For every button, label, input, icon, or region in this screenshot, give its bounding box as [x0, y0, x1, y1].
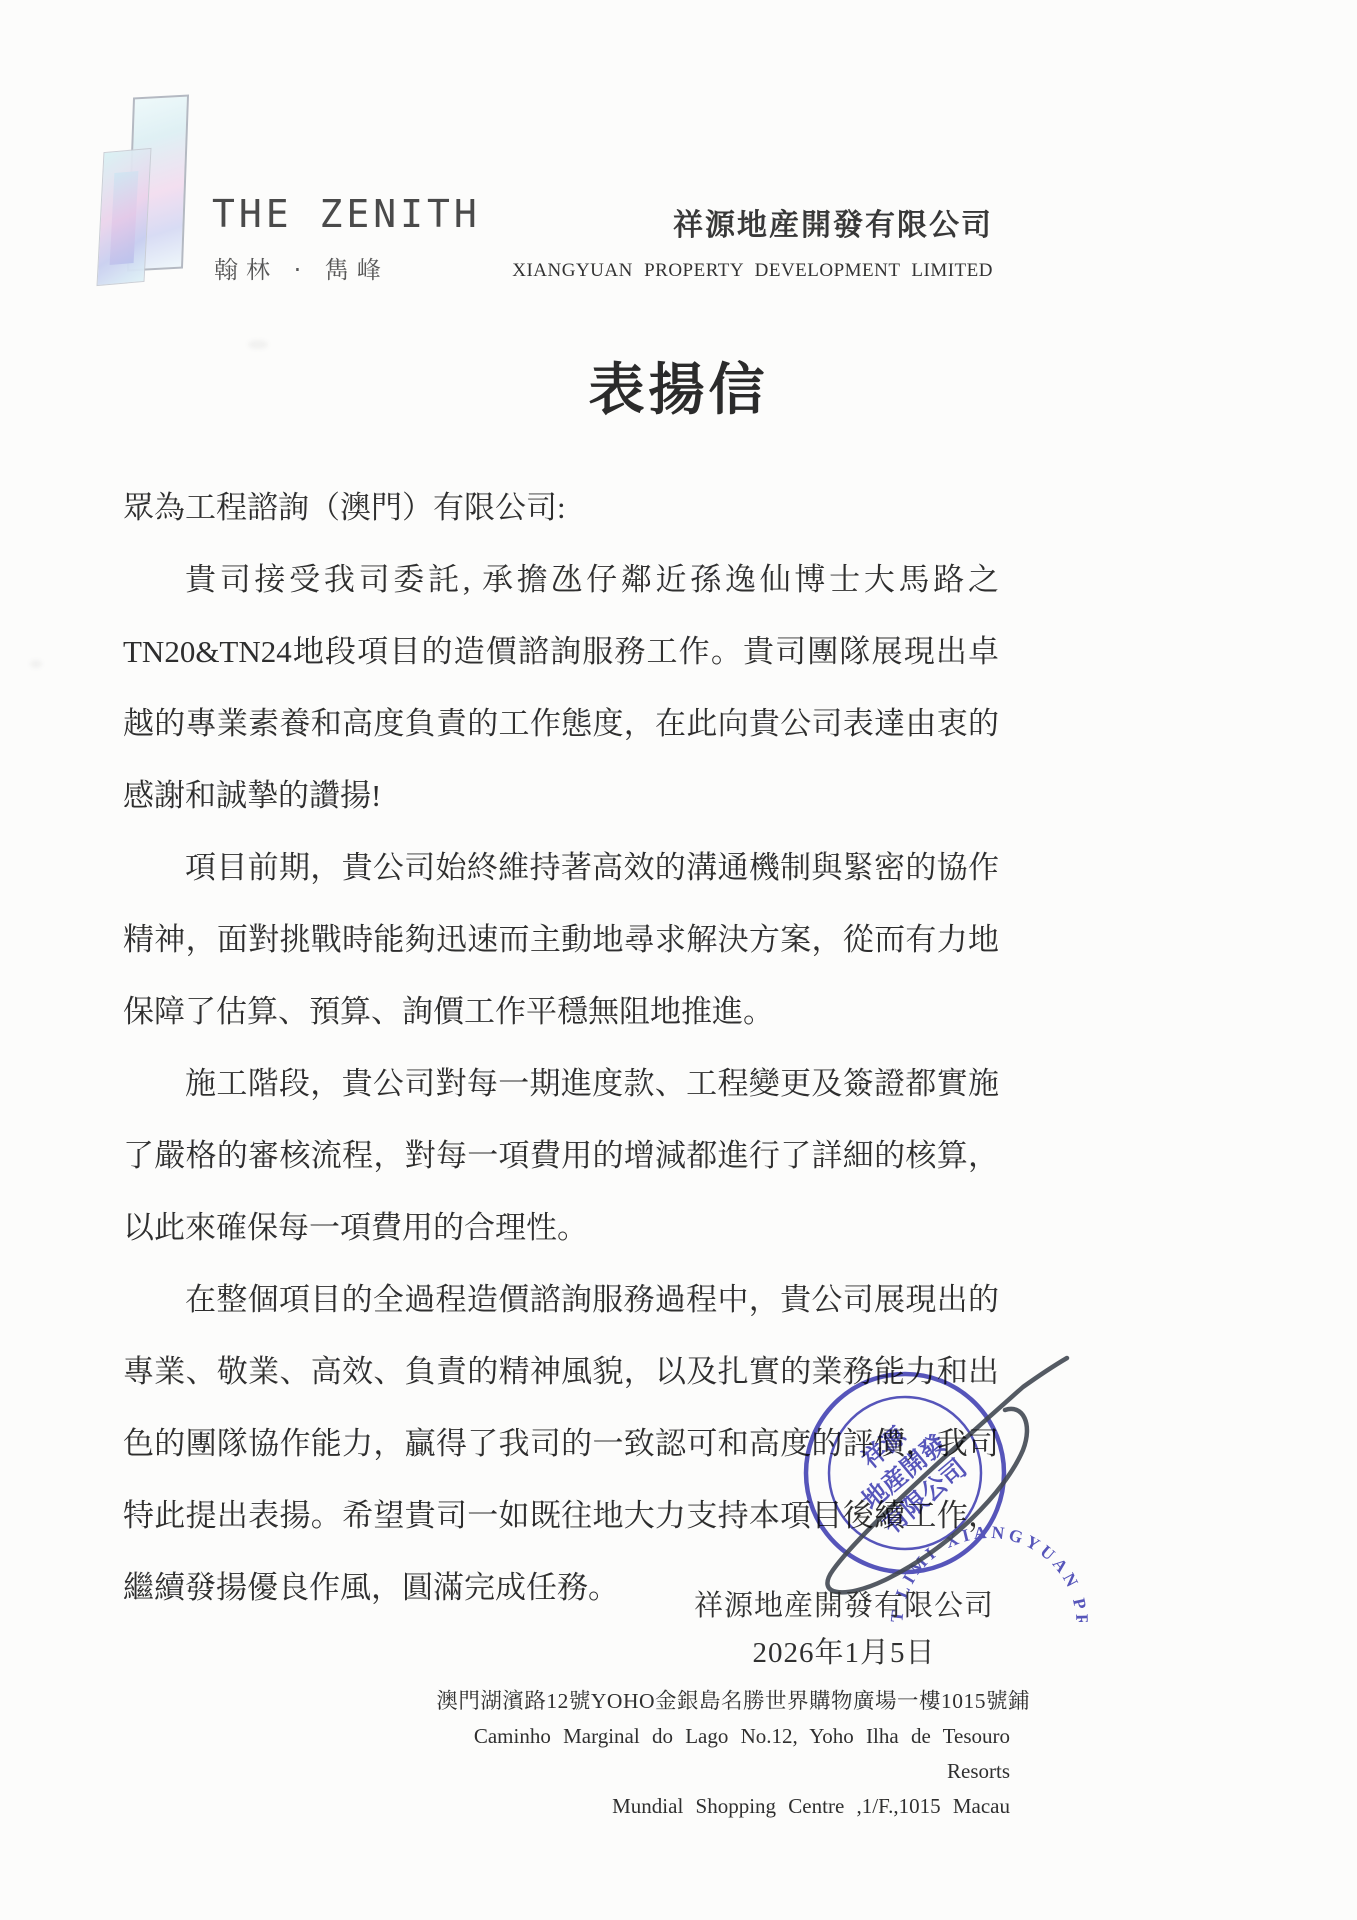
- scan-smudge: [30, 660, 42, 668]
- address-chinese: 澳門湖濱路12號YOHO金銀島名勝世界購物廣場一樓1015號鋪: [390, 1684, 1030, 1718]
- address-english-line1: Caminho Marginal do Lago No.12, Yoho Ilh…: [390, 1719, 1010, 1753]
- body-paragraph: 貴司接受我司委託, 承擔氹仔鄰近孫逸仙博士大馬路之TN20&TN24地段項目的造…: [123, 544, 999, 832]
- body-paragraph: 項目前期，貴公司始終維持著高效的溝通機制與緊密的協作精神，面對挑戰時能夠迅速而主…: [123, 832, 999, 1048]
- signature-company: 祥源地産開發有限公司: [688, 1583, 1000, 1624]
- letter-title: 表揚信: [0, 346, 1357, 426]
- salutation: 眾為工程諮詢（澳門）有限公司:: [123, 472, 999, 544]
- brand-name: THE ZENITH: [212, 192, 481, 236]
- company-seal-stamp: XIANGYUAN PROPERTY DEVELOPMENT LIMITED 祥…: [765, 1352, 1095, 1622]
- company-name-chinese: 祥源地産開發有限公司: [512, 200, 993, 244]
- letterhead-company-block: 祥源地産開發有限公司 XIANGYUAN PROPERTY DEVELOPMEN…: [512, 200, 993, 282]
- scanned-letter-page: THE ZENITH 翰林 · 雋峰 祥源地産開發有限公司 XIANGYUAN …: [0, 0, 1357, 1920]
- brand-name-chinese: 翰林 · 雋峰: [214, 250, 389, 285]
- scan-smudge: [248, 340, 268, 349]
- address-english-line3: Mundial Shopping Centre ,1/F.,1015 Macau: [390, 1789, 1010, 1823]
- footer-address-block: 澳門湖濱路12號YOHO金銀島名勝世界購物廣場一樓1015號鋪 Caminho …: [390, 1684, 1010, 1824]
- signature-date: 2026年1月5日: [688, 1630, 1000, 1671]
- logo-panel-inner: [110, 171, 139, 265]
- seal-inner-text: 祥源 地産開發 有限公司: [836, 1405, 972, 1540]
- body-paragraph: 施工階段，貴公司對每一期進度款、工程變更及簽證都實施了嚴格的審核流程，對每一項費…: [123, 1048, 999, 1264]
- company-name-english: XIANGYUAN PROPERTY DEVELOPMENT LIMITED: [512, 260, 993, 282]
- address-english-line2: Resorts: [390, 1754, 1010, 1788]
- the-zenith-logo-icon: [98, 96, 193, 296]
